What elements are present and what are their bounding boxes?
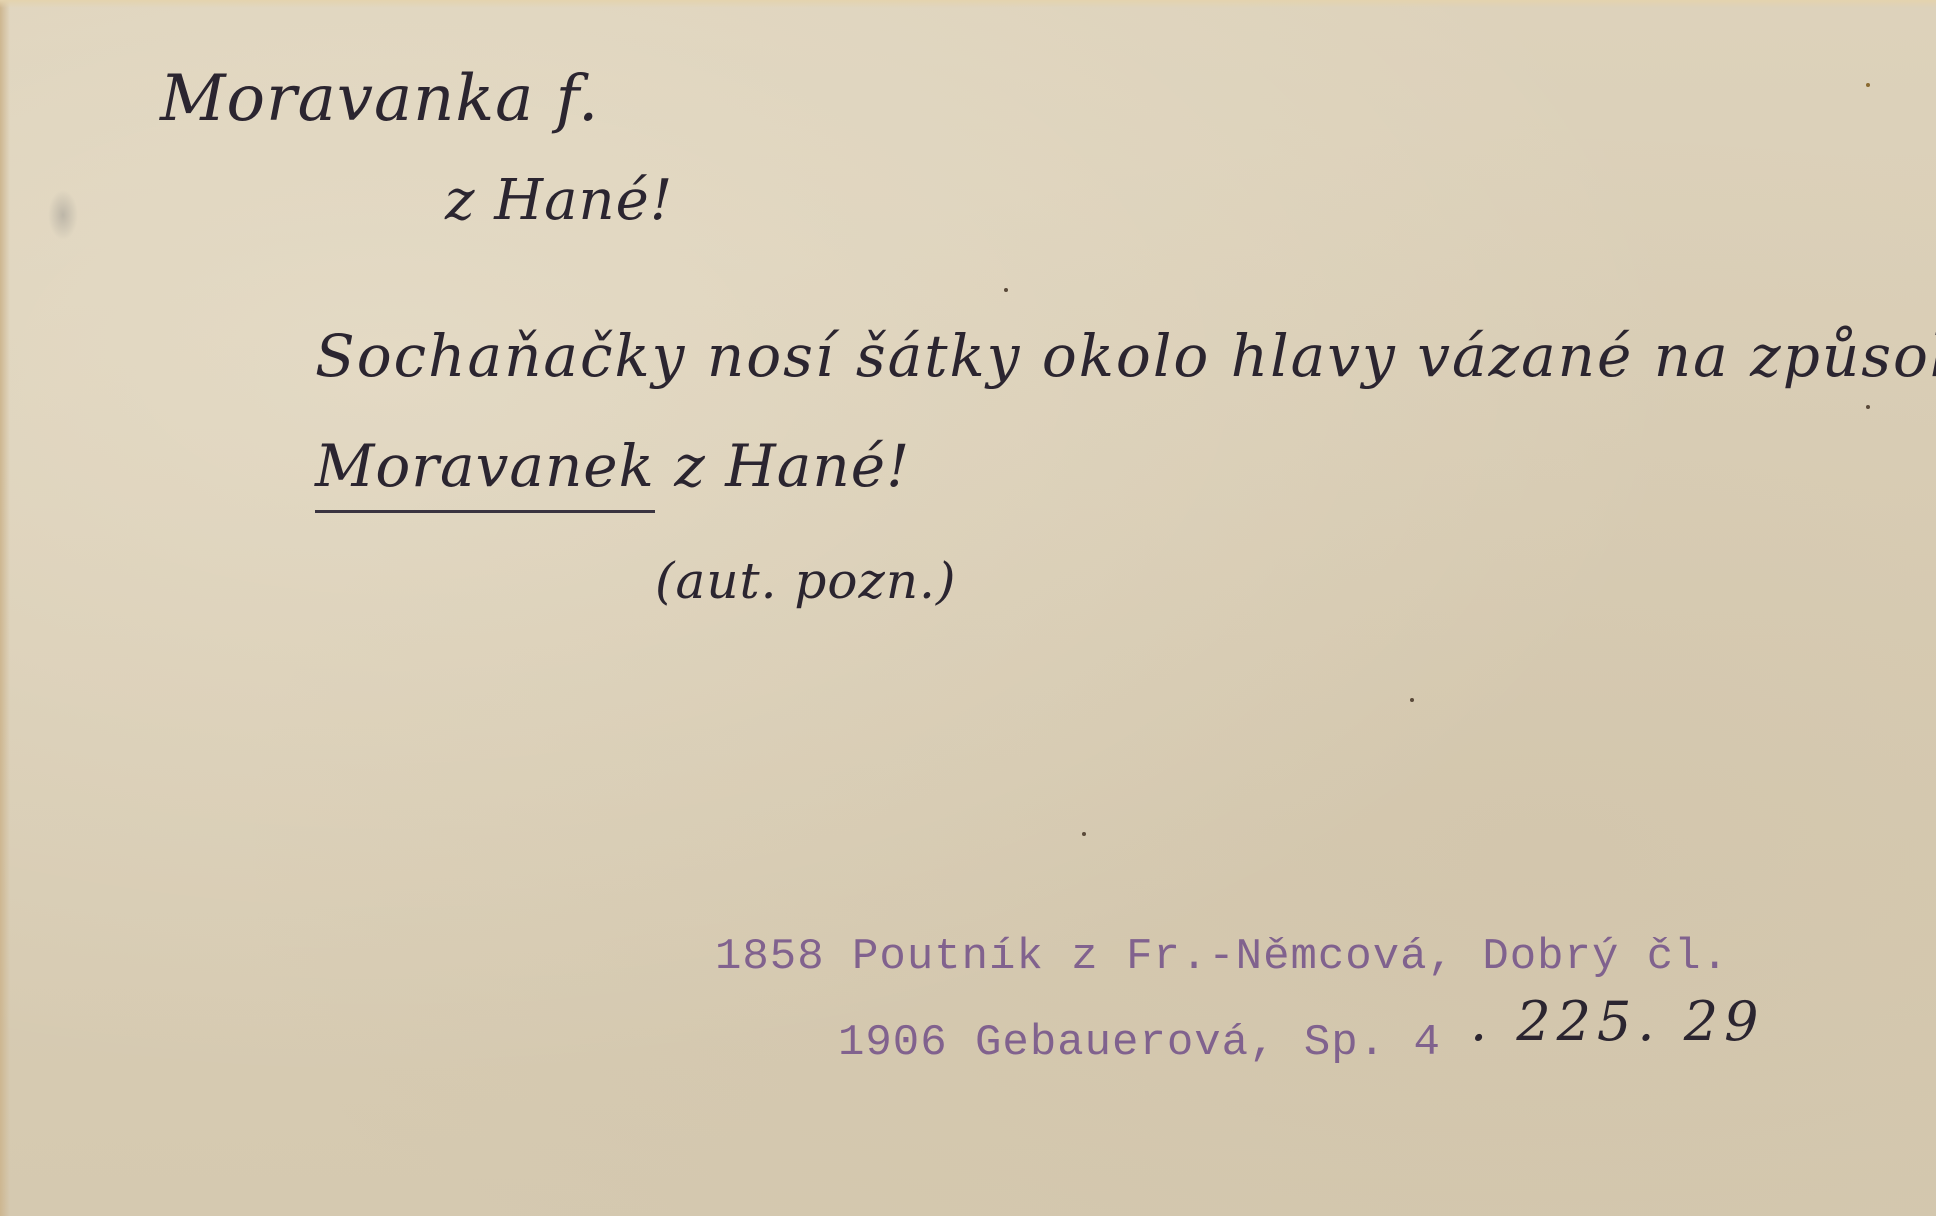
paper-speck: [1866, 83, 1870, 87]
headword: Moravanka f.: [160, 62, 599, 136]
page-reference: . 225. 29: [1470, 990, 1764, 1053]
paper-speck: [1866, 405, 1870, 409]
underlined-word: Moravanek: [315, 432, 655, 513]
paper-speck: [1004, 288, 1008, 292]
body-line-2: Moravanek z Hané!: [315, 432, 910, 513]
source-stamp-line-2: 1906 Gebauerová, Sp. 4: [838, 1018, 1441, 1068]
card-top-edge: [0, 0, 1936, 8]
paper-speck: [1082, 832, 1086, 836]
body-line-2-rest: z Hané!: [655, 432, 911, 500]
source-stamp-line-1: 1858 Poutník z Fr.-Němcová, Dobrý čl.: [715, 932, 1729, 982]
author-note: (aut. pozn.): [655, 552, 956, 610]
headword-qualifier: z Hané!: [445, 168, 673, 233]
paper-speck: [1410, 698, 1414, 702]
body-line-1: Sochaňačky nosí šátky okolo hlavy vázané…: [315, 322, 1936, 390]
ink-smudge: [48, 190, 78, 240]
card-left-edge: [0, 0, 10, 1216]
index-card: Moravanka f. z Hané! Sochaňačky nosí šát…: [0, 0, 1936, 1216]
